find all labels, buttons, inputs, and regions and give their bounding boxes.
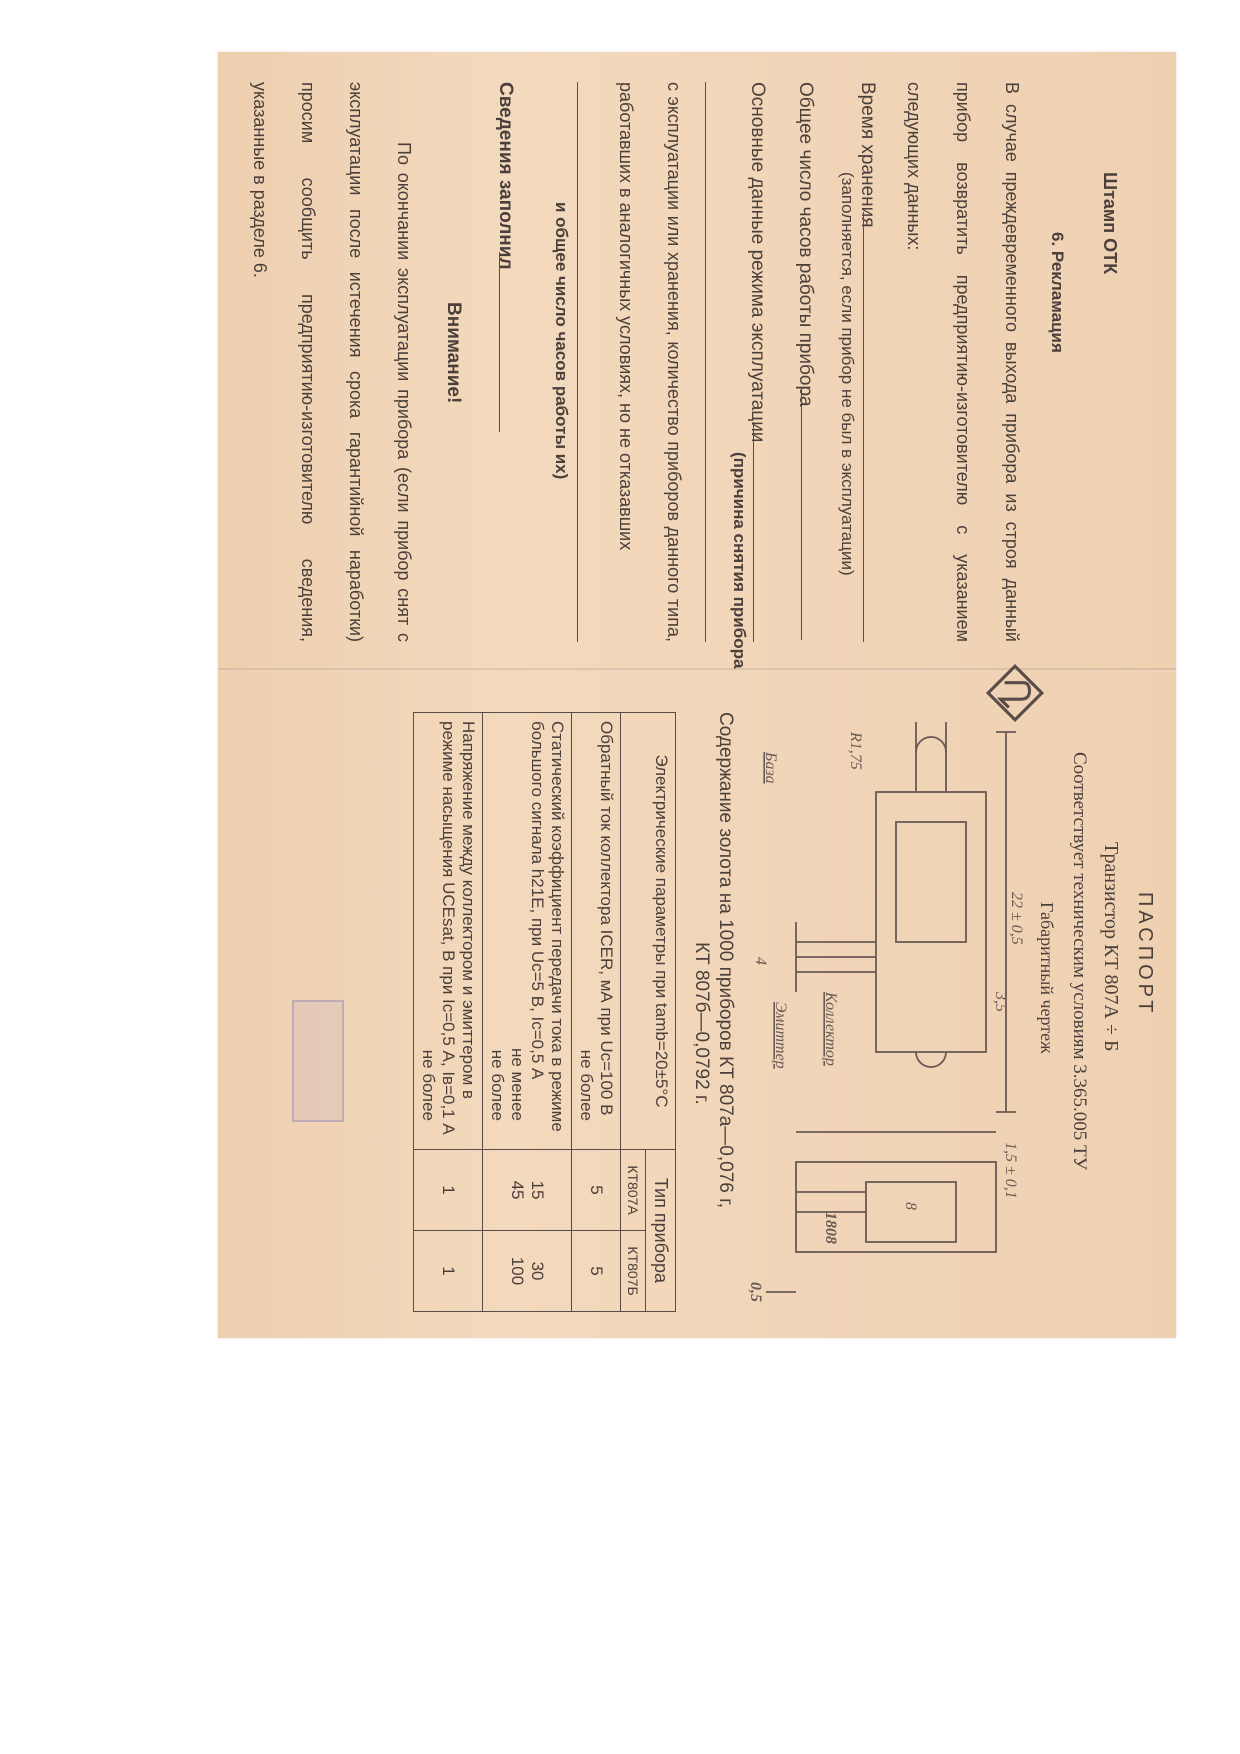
- conditions-field[interactable]: [577, 82, 578, 642]
- filled-by-field[interactable]: [499, 252, 500, 432]
- removal-note: (причина снятия прибора: [728, 452, 750, 668]
- emitter-label: Эмиттер: [772, 1002, 789, 1069]
- ucesat-kt807b: 1: [414, 1231, 483, 1312]
- header-device-type: Тип прибора: [646, 1150, 676, 1312]
- dim-radius-label: R1,75: [847, 731, 864, 770]
- dim-4-label: 4: [752, 957, 769, 965]
- h21e-kt807b-min: 30: [527, 1239, 547, 1303]
- spec-reference: Соответствует техническим условиям 3.365…: [1068, 752, 1090, 1170]
- table-row: Обратный ток коллектора ICER, мА при Uc=…: [572, 713, 621, 1312]
- hours-label: Общее число часов работы прибора: [794, 82, 816, 407]
- table-row: Напряжение между коллектором и эмиттером…: [414, 713, 483, 1312]
- param-icer-limit: не более: [576, 721, 596, 1141]
- header-parameters: Электрические параметры при tamb=20±5°C: [621, 713, 676, 1150]
- h21e-kt807a-max: 45: [507, 1158, 527, 1222]
- param-ucesat-limit: не более: [418, 721, 438, 1141]
- passport-title: ПАСПОРТ: [1134, 892, 1156, 1016]
- storage-note: (заполняется, если прибор не был в экспл…: [836, 172, 858, 576]
- filled-by-label: Сведения заполнил: [494, 82, 516, 270]
- h21e-kt807a-min: 15: [527, 1158, 547, 1222]
- paragraph-conditions: с эксплуатации или хранения, количество …: [602, 82, 698, 642]
- parameters-table: Электрические параметры при tamb=20±5°C …: [413, 712, 676, 1312]
- storage-field[interactable]: [863, 212, 864, 642]
- param-h21e: Статический коэффициент передачи тока в …: [528, 721, 567, 1132]
- dim-05-label: 0,5: [747, 1282, 764, 1302]
- section-title: 6. Рекламация: [1046, 232, 1068, 353]
- ink-stamp: [292, 1000, 344, 1122]
- param-h21e-min: не менее: [507, 721, 527, 1141]
- gold-content-line-2: КТ 807б—0,0792 г.: [690, 942, 712, 1105]
- drawing-title: Габаритный чертеж: [1036, 902, 1058, 1054]
- paragraph-attention: По окончании эксплуатации прибора (если …: [236, 82, 428, 642]
- icer-kt807b: 5: [572, 1231, 621, 1312]
- otk-stamp-label: Штамп ОТК: [1099, 172, 1121, 274]
- header-kt807b: КТ807Б: [621, 1231, 646, 1312]
- param-icer: Обратный ток коллектора ICER, мА при Uc=…: [597, 721, 616, 1115]
- param-h21e-max: не более: [487, 721, 507, 1141]
- header-kt807a: КТ807А: [621, 1150, 646, 1231]
- mode-label: Основные данные режима эксплуатации: [746, 82, 768, 442]
- mode-field-2[interactable]: [705, 82, 706, 642]
- rotated-document: Штамп ОТК 6. Рекламация В случае преждев…: [218, 52, 1176, 1338]
- attention-heading: Внимание!: [442, 302, 464, 403]
- paragraph-return: В случае преждевременного выхода прибора…: [889, 82, 1036, 642]
- gold-content-line-1: Содержание золота на 1000 приборов КТ 80…: [714, 712, 736, 1208]
- outline-drawing: 22 ± 0,5 R1,75 3,5 Коллектор Эмиттер Баз…: [746, 692, 1026, 1338]
- dim-15-label: 1,5 ± 0,1: [1002, 1142, 1019, 1199]
- claims-section: Штамп ОТК 6. Рекламация В случае преждев…: [218, 52, 1176, 672]
- dim-length-label: 22 ± 0,5: [1008, 892, 1025, 945]
- ucesat-kt807a: 1: [414, 1150, 483, 1231]
- table-header-row: Электрические параметры при tamb=20±5°C …: [646, 713, 676, 1312]
- param-ucesat: Напряжение между коллектором и эмиттером…: [439, 721, 478, 1135]
- storage-label: Время хранения: [856, 82, 878, 228]
- dim-35-label: 3,5: [992, 991, 1009, 1012]
- hours-total-note: и общее число часов работы их): [550, 202, 572, 479]
- h21e-kt807b-max: 100: [507, 1239, 527, 1303]
- collector-label: Коллектор: [822, 991, 839, 1066]
- product-name: Транзистор КТ 807А ÷ Б: [1100, 842, 1122, 1051]
- mode-field[interactable]: [753, 422, 754, 642]
- base-label: База: [762, 751, 779, 784]
- dim-8-label: 8: [902, 1202, 919, 1210]
- marking-label: 1808: [822, 1212, 839, 1244]
- icer-kt807a: 5: [572, 1150, 621, 1231]
- hours-field[interactable]: [801, 390, 802, 640]
- table-row: Статический коэффициент передачи тока в …: [483, 713, 572, 1312]
- passport-section: ПАСПОРТ Транзистор КТ 807А ÷ Б Соответст…: [218, 692, 1176, 1338]
